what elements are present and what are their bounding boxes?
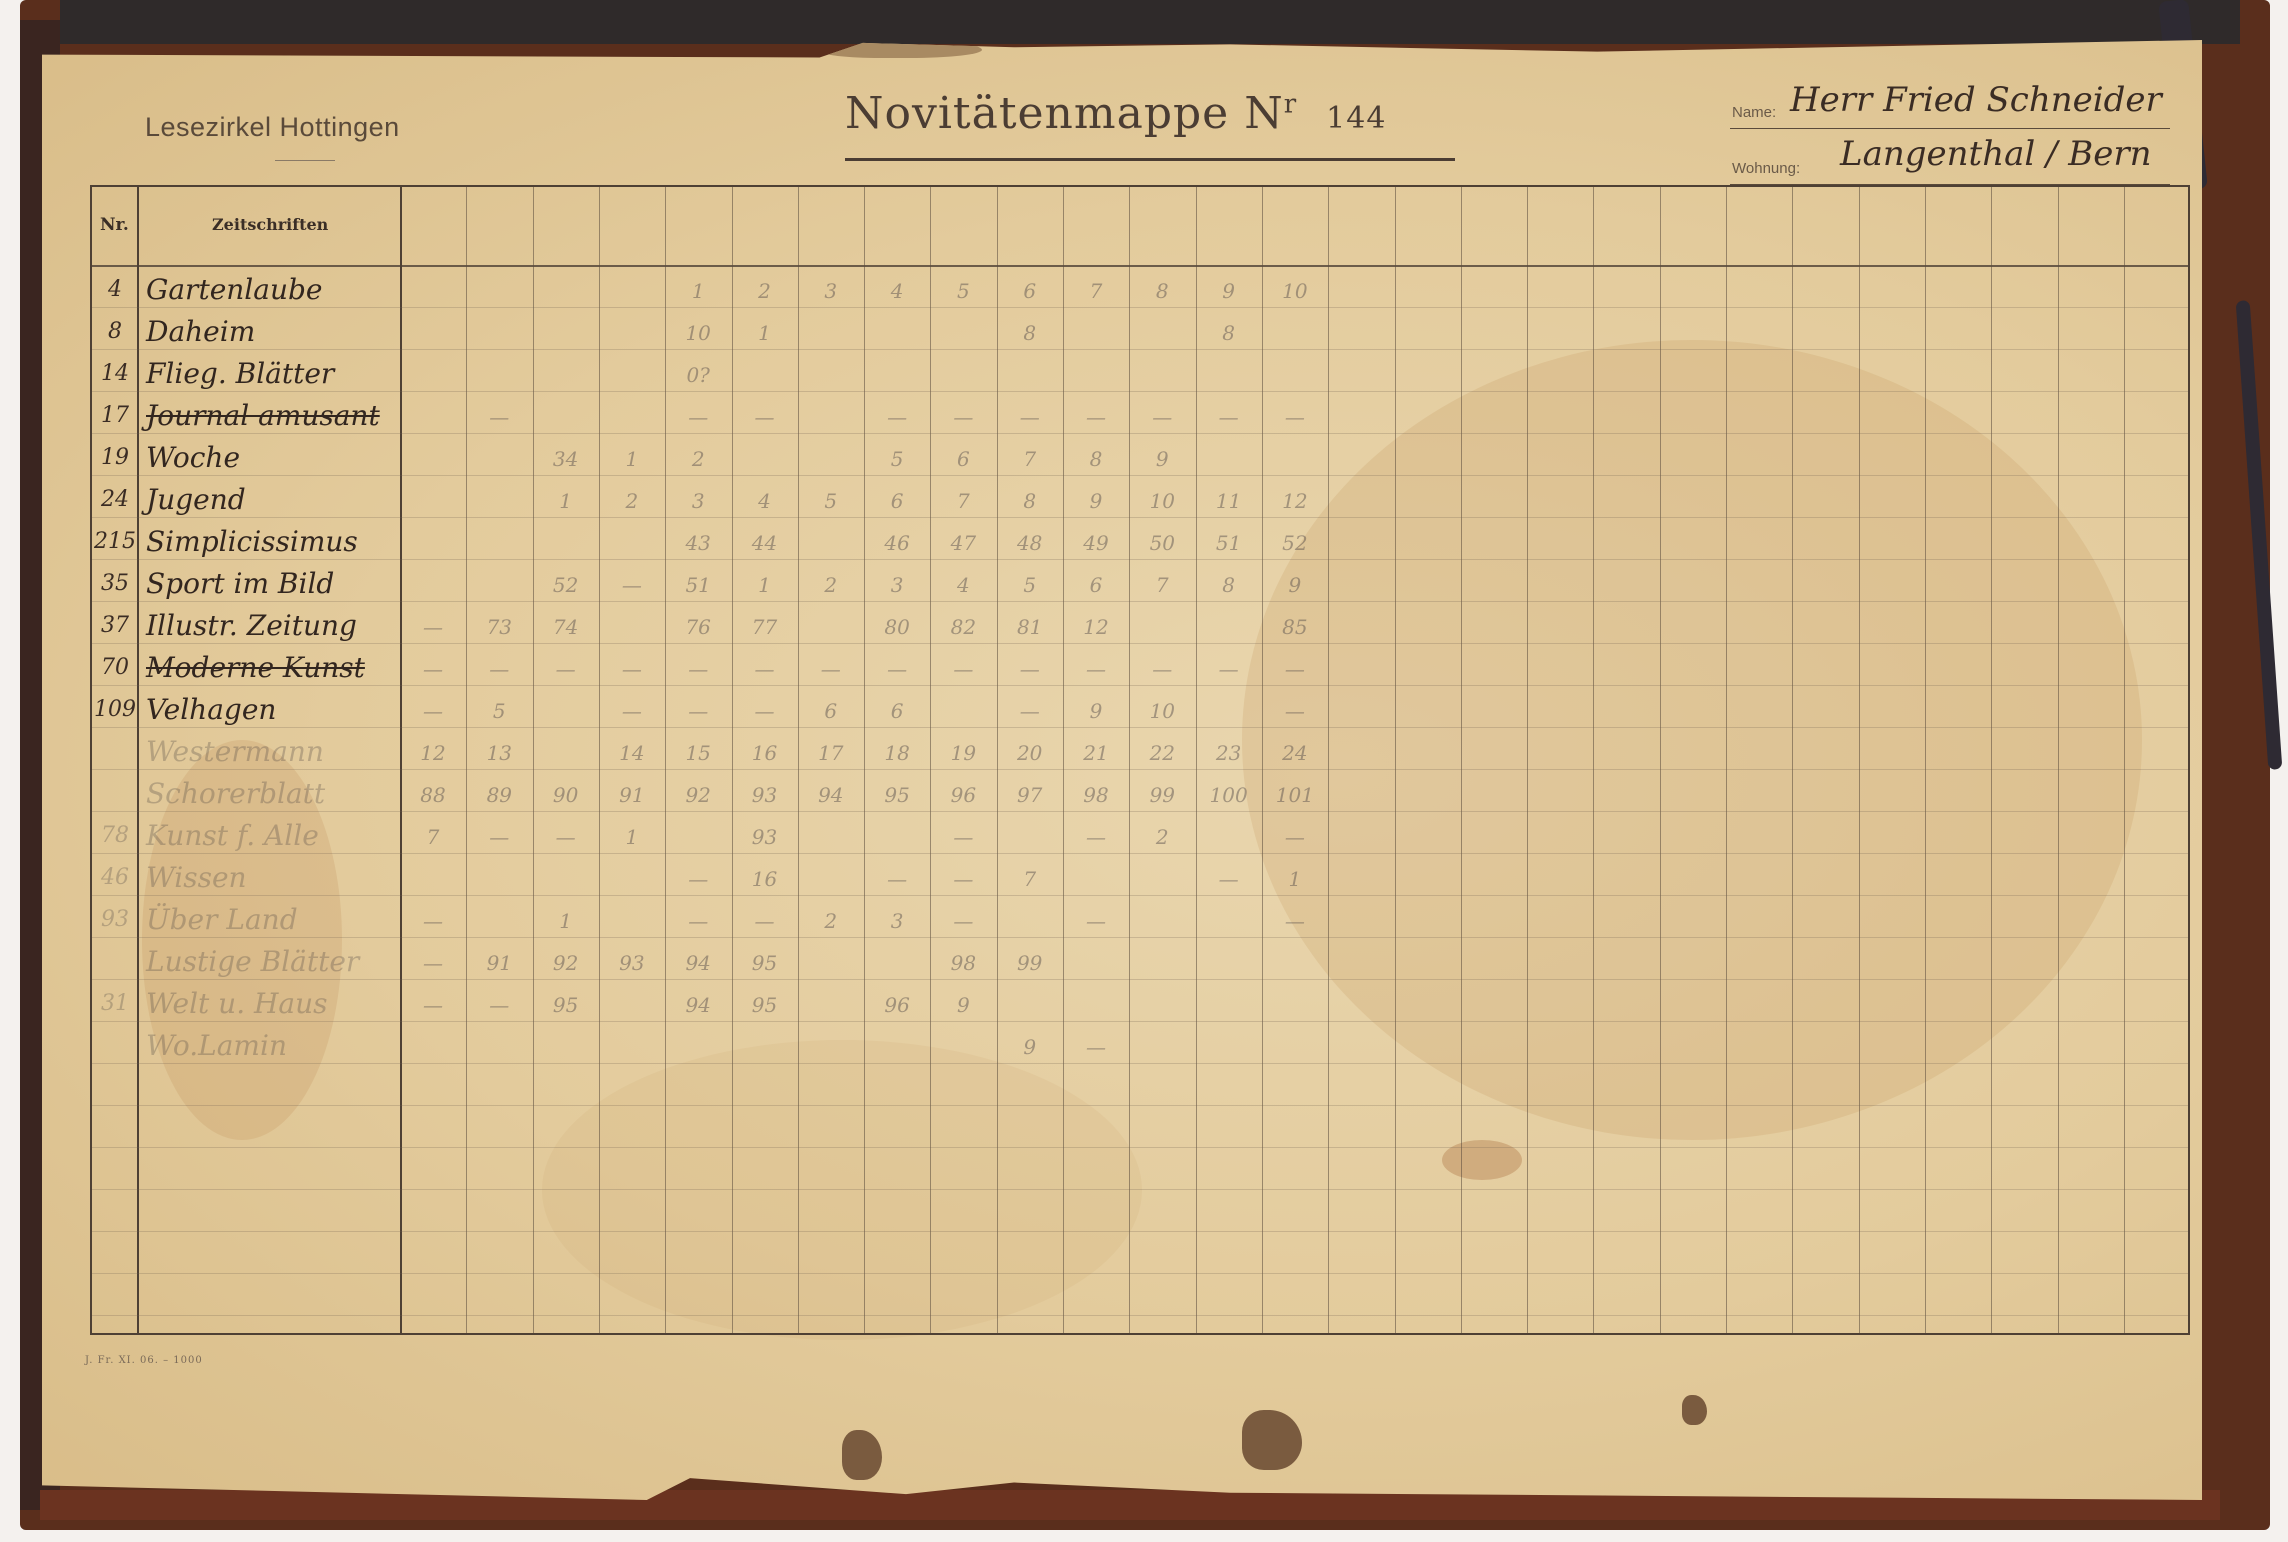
issue-cell: — — [930, 405, 996, 429]
name-label: Name: — [1732, 104, 1776, 121]
table-row: 215Simplicissimus434446474849505152 — [92, 523, 2188, 565]
row-number: 19 — [92, 445, 138, 470]
issue-cell: — — [400, 993, 466, 1017]
issue-cell: 6 — [1063, 573, 1129, 597]
issue-cell: — — [732, 657, 798, 681]
issue-cell: 99 — [1129, 783, 1195, 807]
issue-cell: 9 — [1063, 699, 1129, 723]
title-underline — [845, 158, 1455, 161]
issue-cell: 6 — [798, 699, 864, 723]
magazine-title: Daheim — [146, 315, 446, 348]
table-row: 46Wissen—16——7—1 — [92, 859, 2188, 901]
issue-cell: 93 — [599, 951, 665, 975]
issue-cell: — — [997, 657, 1063, 681]
issue-cell: 10 — [665, 321, 731, 345]
issue-cell: 14 — [599, 741, 665, 765]
table-row: 8Daheim10188 — [92, 313, 2188, 355]
grid-row-line — [92, 1147, 2188, 1148]
issue-cell: 98 — [1063, 783, 1129, 807]
issue-cell: — — [1196, 657, 1262, 681]
issue-cell: 9 — [1129, 447, 1195, 471]
issue-cell: 4 — [930, 573, 996, 597]
issue-cell: 9 — [997, 1035, 1063, 1059]
issue-cell: 5 — [864, 447, 930, 471]
issue-cell: — — [1262, 825, 1328, 849]
table-row: Westermann12131415161718192021222324 — [92, 733, 2188, 775]
table-row: 70Moderne Kunst—————————————— — [92, 649, 2188, 691]
issue-cell: 18 — [864, 741, 930, 765]
issue-cell: 24 — [1262, 741, 1328, 765]
table-row: 17Journal amusant—————————— — [92, 397, 2188, 439]
table-row: 35Sport im Bild52—51123456789 — [92, 565, 2188, 607]
issue-cell: 2 — [599, 489, 665, 513]
table-row: Lustige Blätter—91929394959899 — [92, 943, 2188, 985]
issue-cell: 12 — [1262, 489, 1328, 513]
issue-cell: 51 — [665, 573, 731, 597]
issue-cell: — — [732, 405, 798, 429]
table-row: 37Illustr. Zeitung—737476778082811285 — [92, 607, 2188, 649]
issue-cell: 94 — [798, 783, 864, 807]
row-number: 35 — [92, 571, 138, 596]
issue-cell: 7 — [1063, 279, 1129, 303]
issue-cell: 95 — [732, 951, 798, 975]
subscription-table: Nr. Zeitschriften 4Gartenlaube1234567891… — [90, 185, 2190, 1335]
issue-cell: 9 — [1196, 279, 1262, 303]
row-number: 4 — [92, 277, 138, 302]
issue-cell: 90 — [533, 783, 599, 807]
issue-cell: 99 — [997, 951, 1063, 975]
issue-cell: 8 — [1129, 279, 1195, 303]
issue-cell: 15 — [665, 741, 731, 765]
magazine-title: Jugend — [146, 483, 446, 516]
issue-cell: 9 — [930, 993, 996, 1017]
column-header-nr: Nr. — [100, 215, 129, 235]
issue-cell: 4 — [864, 279, 930, 303]
issue-cell: 7 — [997, 447, 1063, 471]
table-row: 93Über Land—1——23——— — [92, 901, 2188, 943]
issue-cell: 1 — [1262, 867, 1328, 891]
organization-name: Lesezirkel Hottingen — [145, 112, 400, 143]
issue-cell: — — [1129, 405, 1195, 429]
issue-cell: 49 — [1063, 531, 1129, 555]
row-number: 215 — [92, 529, 138, 554]
row-number: 78 — [92, 823, 138, 848]
printer-mark: J. Fr. XI. 06. – 1000 — [85, 1355, 203, 1366]
issue-cell: 34 — [533, 447, 599, 471]
issue-cell: 8 — [1196, 573, 1262, 597]
issue-cell: 82 — [930, 615, 996, 639]
issue-cell: 19 — [930, 741, 996, 765]
issue-cell: — — [732, 699, 798, 723]
issue-cell: — — [1063, 1035, 1129, 1059]
magazine-title: Woche — [146, 441, 446, 474]
issue-cell: — — [665, 909, 731, 933]
issue-cell: — — [533, 657, 599, 681]
issue-cell: 8 — [997, 489, 1063, 513]
issue-cell: — — [864, 405, 930, 429]
issue-cell: 7 — [400, 825, 466, 849]
issue-cell: 9 — [1063, 489, 1129, 513]
magazine-title: Flieg. Blätter — [146, 357, 446, 390]
issue-cell: — — [930, 867, 996, 891]
issue-cell: 96 — [864, 993, 930, 1017]
issue-cell: 47 — [930, 531, 996, 555]
address-field[interactable]: Langenthal / Bern — [1840, 134, 2152, 174]
name-rule — [1730, 128, 2170, 129]
issue-cell: 52 — [1262, 531, 1328, 555]
issue-cell: 91 — [599, 783, 665, 807]
issue-cell: 81 — [997, 615, 1063, 639]
issue-cell: — — [1262, 909, 1328, 933]
issue-cell: 3 — [864, 573, 930, 597]
name-field[interactable]: Herr Fried Schneider — [1790, 80, 2162, 120]
issue-cell: 7 — [930, 489, 996, 513]
issue-cell: — — [400, 909, 466, 933]
row-number: 31 — [92, 991, 138, 1016]
issue-cell: — — [400, 657, 466, 681]
issue-cell: 0? — [665, 363, 731, 387]
issue-cell: — — [400, 615, 466, 639]
issue-cell: 1 — [599, 825, 665, 849]
issue-cell: — — [798, 657, 864, 681]
issue-cell: 2 — [798, 909, 864, 933]
row-number: 109 — [92, 697, 138, 722]
issue-cell: — — [1063, 825, 1129, 849]
issue-cell: — — [930, 909, 996, 933]
issue-cell: 17 — [798, 741, 864, 765]
number-prefix: N — [1244, 88, 1284, 139]
row-number: 70 — [92, 655, 138, 680]
issue-cell: 95 — [533, 993, 599, 1017]
issue-cell: 1 — [533, 909, 599, 933]
issue-cell: 46 — [864, 531, 930, 555]
issue-cell: 1 — [533, 489, 599, 513]
issue-cell: — — [533, 825, 599, 849]
row-number: 14 — [92, 361, 138, 386]
issue-cell: 101 — [1262, 783, 1328, 807]
issue-cell: 93 — [732, 783, 798, 807]
issue-cell: — — [997, 405, 1063, 429]
magazine-title: Simplicissimus — [146, 525, 446, 558]
grid-row-line — [92, 1189, 2188, 1190]
page-title: Novitätenmappe Nr 144 — [845, 88, 1386, 139]
issue-cell: 6 — [997, 279, 1063, 303]
issue-cell: — — [665, 699, 731, 723]
issue-cell: 97 — [997, 783, 1063, 807]
issue-cell: — — [400, 951, 466, 975]
grid-row-line — [92, 1315, 2188, 1316]
issue-cell: 98 — [930, 951, 996, 975]
issue-cell: 6 — [864, 699, 930, 723]
issue-cell: 88 — [400, 783, 466, 807]
table-row: 4Gartenlaube12345678910 — [92, 271, 2188, 313]
issue-cell: 10 — [1262, 279, 1328, 303]
issue-cell: 1 — [732, 573, 798, 597]
issue-cell: 21 — [1063, 741, 1129, 765]
issue-cell: 9 — [1262, 573, 1328, 597]
folder-number: 144 — [1326, 101, 1386, 136]
issue-cell: 92 — [665, 783, 731, 807]
issue-cell: 16 — [732, 741, 798, 765]
issue-cell: 80 — [864, 615, 930, 639]
issue-cell: 95 — [864, 783, 930, 807]
issue-cell: 3 — [665, 489, 731, 513]
issue-cell: 1 — [732, 321, 798, 345]
table-row: 109Velhagen—5———66—910— — [92, 691, 2188, 733]
row-number: 17 — [92, 403, 138, 428]
issue-cell: 1 — [599, 447, 665, 471]
issue-cell: 93 — [732, 825, 798, 849]
issue-cell: 23 — [1196, 741, 1262, 765]
issue-cell: 92 — [533, 951, 599, 975]
issue-cell: 85 — [1262, 615, 1328, 639]
issue-cell: 5 — [466, 699, 532, 723]
issue-cell: — — [864, 867, 930, 891]
grid-row-line — [92, 1105, 2188, 1106]
issue-cell: 8 — [1196, 321, 1262, 345]
issue-cell: 3 — [864, 909, 930, 933]
issue-cell: — — [599, 699, 665, 723]
magazine-title: Gartenlaube — [146, 273, 446, 306]
issue-cell: — — [1196, 867, 1262, 891]
issue-cell: — — [1063, 405, 1129, 429]
issue-cell: — — [930, 825, 996, 849]
issue-cell: 12 — [400, 741, 466, 765]
issue-cell: 7 — [1129, 573, 1195, 597]
folder-top-band — [60, 0, 2240, 44]
issue-cell: 52 — [533, 573, 599, 597]
issue-cell: 22 — [1129, 741, 1195, 765]
magazine-title: Sport im Bild — [146, 567, 446, 600]
table-row: 19Woche341256789 — [92, 439, 2188, 481]
issue-cell: — — [1129, 657, 1195, 681]
row-number: 93 — [92, 907, 138, 932]
number-sup: r — [1284, 89, 1297, 119]
issue-cell: 6 — [930, 447, 996, 471]
issue-cell: 94 — [665, 993, 731, 1017]
issue-cell: 94 — [665, 951, 731, 975]
issue-cell: 43 — [665, 531, 731, 555]
issue-cell: — — [732, 909, 798, 933]
issue-cell: 96 — [930, 783, 996, 807]
issue-cell: 51 — [1196, 531, 1262, 555]
issue-cell: — — [400, 699, 466, 723]
issue-cell: 8 — [1063, 447, 1129, 471]
table-row: 14Flieg. Blätter0? — [92, 355, 2188, 397]
issue-cell: 8 — [997, 321, 1063, 345]
issue-cell: — — [466, 993, 532, 1017]
issue-cell: — — [997, 699, 1063, 723]
issue-cell: — — [1262, 699, 1328, 723]
issue-cell: — — [930, 657, 996, 681]
issue-cell: 11 — [1196, 489, 1262, 513]
issue-cell: 10 — [1129, 699, 1195, 723]
issue-cell: 76 — [665, 615, 731, 639]
issue-cell: — — [1196, 405, 1262, 429]
issue-cell: 50 — [1129, 531, 1195, 555]
issue-cell: 2 — [1129, 825, 1195, 849]
issue-cell: — — [466, 657, 532, 681]
issue-cell: — — [665, 867, 731, 891]
grid-row-line — [92, 1231, 2188, 1232]
issue-cell: 10 — [1129, 489, 1195, 513]
issue-cell: — — [599, 573, 665, 597]
issue-cell: 4 — [732, 489, 798, 513]
issue-cell: 100 — [1196, 783, 1262, 807]
issue-cell: — — [1063, 657, 1129, 681]
issue-cell: — — [1063, 909, 1129, 933]
issue-cell: — — [864, 657, 930, 681]
table-row: Wo.Lamin9— — [92, 1027, 2188, 1069]
grid-row-line — [92, 1273, 2188, 1274]
issue-cell: 89 — [466, 783, 532, 807]
issue-cell: — — [599, 657, 665, 681]
table-row: Schorerblatt8889909192939495969798991001… — [92, 775, 2188, 817]
issue-cell: — — [665, 657, 731, 681]
issue-cell: — — [665, 405, 731, 429]
table-row: 31Welt u. Haus——959495969 — [92, 985, 2188, 1027]
issue-cell: 16 — [732, 867, 798, 891]
column-header-zeitschriften: Zeitschriften — [212, 215, 328, 234]
issue-cell: 44 — [732, 531, 798, 555]
organization-rule — [275, 160, 335, 161]
title-text: Novitätenmappe — [845, 88, 1229, 139]
row-number: 24 — [92, 487, 138, 512]
address-label: Wohnung: — [1732, 160, 1800, 177]
issue-cell: 5 — [930, 279, 996, 303]
table-row: 78Kunst f. Alle7——193——2— — [92, 817, 2188, 859]
issue-cell: — — [466, 825, 532, 849]
issue-cell: 20 — [997, 741, 1063, 765]
issue-cell: 2 — [665, 447, 731, 471]
issue-cell: — — [1262, 657, 1328, 681]
issue-cell: 95 — [732, 993, 798, 1017]
issue-cell: 5 — [997, 573, 1063, 597]
issue-cell: 77 — [732, 615, 798, 639]
issue-cell: 48 — [997, 531, 1063, 555]
issue-cell: 7 — [997, 867, 1063, 891]
issue-cell: 12 — [1063, 615, 1129, 639]
issue-cell: 1 — [665, 279, 731, 303]
issue-cell: 5 — [798, 489, 864, 513]
row-number: 8 — [92, 319, 138, 344]
issue-cell: 74 — [533, 615, 599, 639]
issue-cell: 2 — [798, 573, 864, 597]
row-number: 37 — [92, 613, 138, 638]
issue-cell: 2 — [732, 279, 798, 303]
issue-cell: 73 — [466, 615, 532, 639]
issue-cell: 91 — [466, 951, 532, 975]
issue-cell: 13 — [466, 741, 532, 765]
table-row: 24Jugend123456789101112 — [92, 481, 2188, 523]
issue-cell: — — [466, 405, 532, 429]
magazine-title: Wissen — [146, 861, 446, 894]
magazine-title: Wo.Lamin — [146, 1029, 446, 1062]
row-number: 46 — [92, 865, 138, 890]
issue-cell: 6 — [864, 489, 930, 513]
issue-cell: — — [1262, 405, 1328, 429]
issue-cell: 3 — [798, 279, 864, 303]
magazine-title: Journal amusant — [146, 399, 446, 432]
